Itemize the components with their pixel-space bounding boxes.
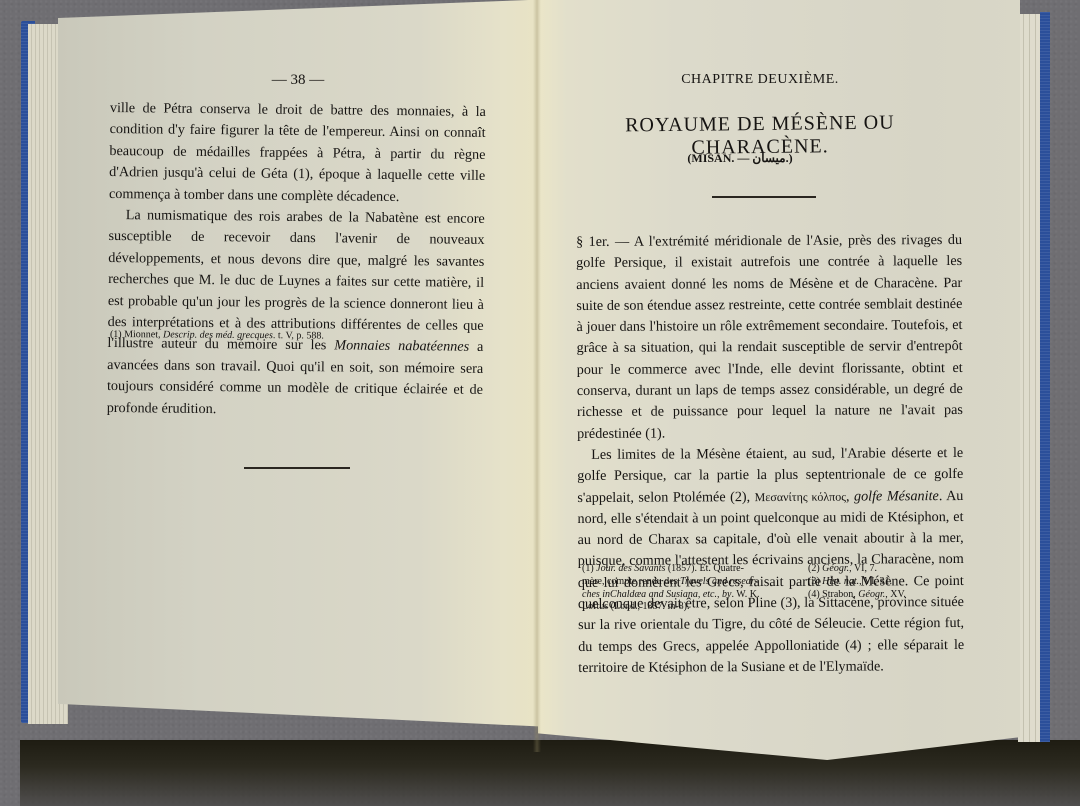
chapter-subtitle: (MISAN. — ميسان.): [640, 151, 840, 166]
footnotes: (1) Jour. des Savants (1857). Et. Quatre…: [582, 563, 962, 614]
left-page-body: ville de Pétra conserva le droit de batt…: [107, 98, 486, 423]
footnote-line: mère, compte rendu des Travels and resea…: [582, 576, 782, 589]
footnotes-column-1: (1) Jour. des Savants (1857). Et. Quatre…: [582, 563, 782, 614]
paragraph: § 1er. — A l'extrémité méridionale de l'…: [576, 230, 963, 445]
section-rule: [244, 467, 350, 469]
footnote-line: (2) Géogr., VI, 7.: [808, 563, 958, 576]
paragraph: La numismatique des rois arabes de la Na…: [107, 205, 485, 423]
page-number: — 38 —: [238, 72, 358, 89]
title-rule: [712, 196, 816, 198]
book-cover-right-edge: [1040, 12, 1050, 742]
footnote-line: (1) Jour. des Savants (1857). Et. Quatre…: [582, 563, 782, 576]
paragraph: ville de Pétra conserva le droit de batt…: [109, 98, 486, 209]
page-stack-right: [1018, 14, 1040, 742]
footnote-line: (4) Strabon, Géogr., XV.: [808, 589, 958, 602]
footnotes-column-2: (2) Géogr., VI, 7. (3) Hist. nat., VI, 3…: [808, 563, 958, 614]
chapter-heading: CHAPITRE DEUXIÈME.: [600, 72, 920, 88]
footnote-line: (3) Hist. nat., VI, 31.: [808, 576, 958, 589]
book-gutter: [533, 0, 541, 752]
paragraph: Les limites de la Mésène étaient, au sud…: [577, 443, 964, 679]
footnote-line: Loftus (Lond., 1857. in-8).: [582, 601, 782, 614]
footnote-line: ches inChaldæa and Susiana, etc., by. W.…: [582, 589, 782, 602]
table-shadow: [20, 740, 1080, 806]
